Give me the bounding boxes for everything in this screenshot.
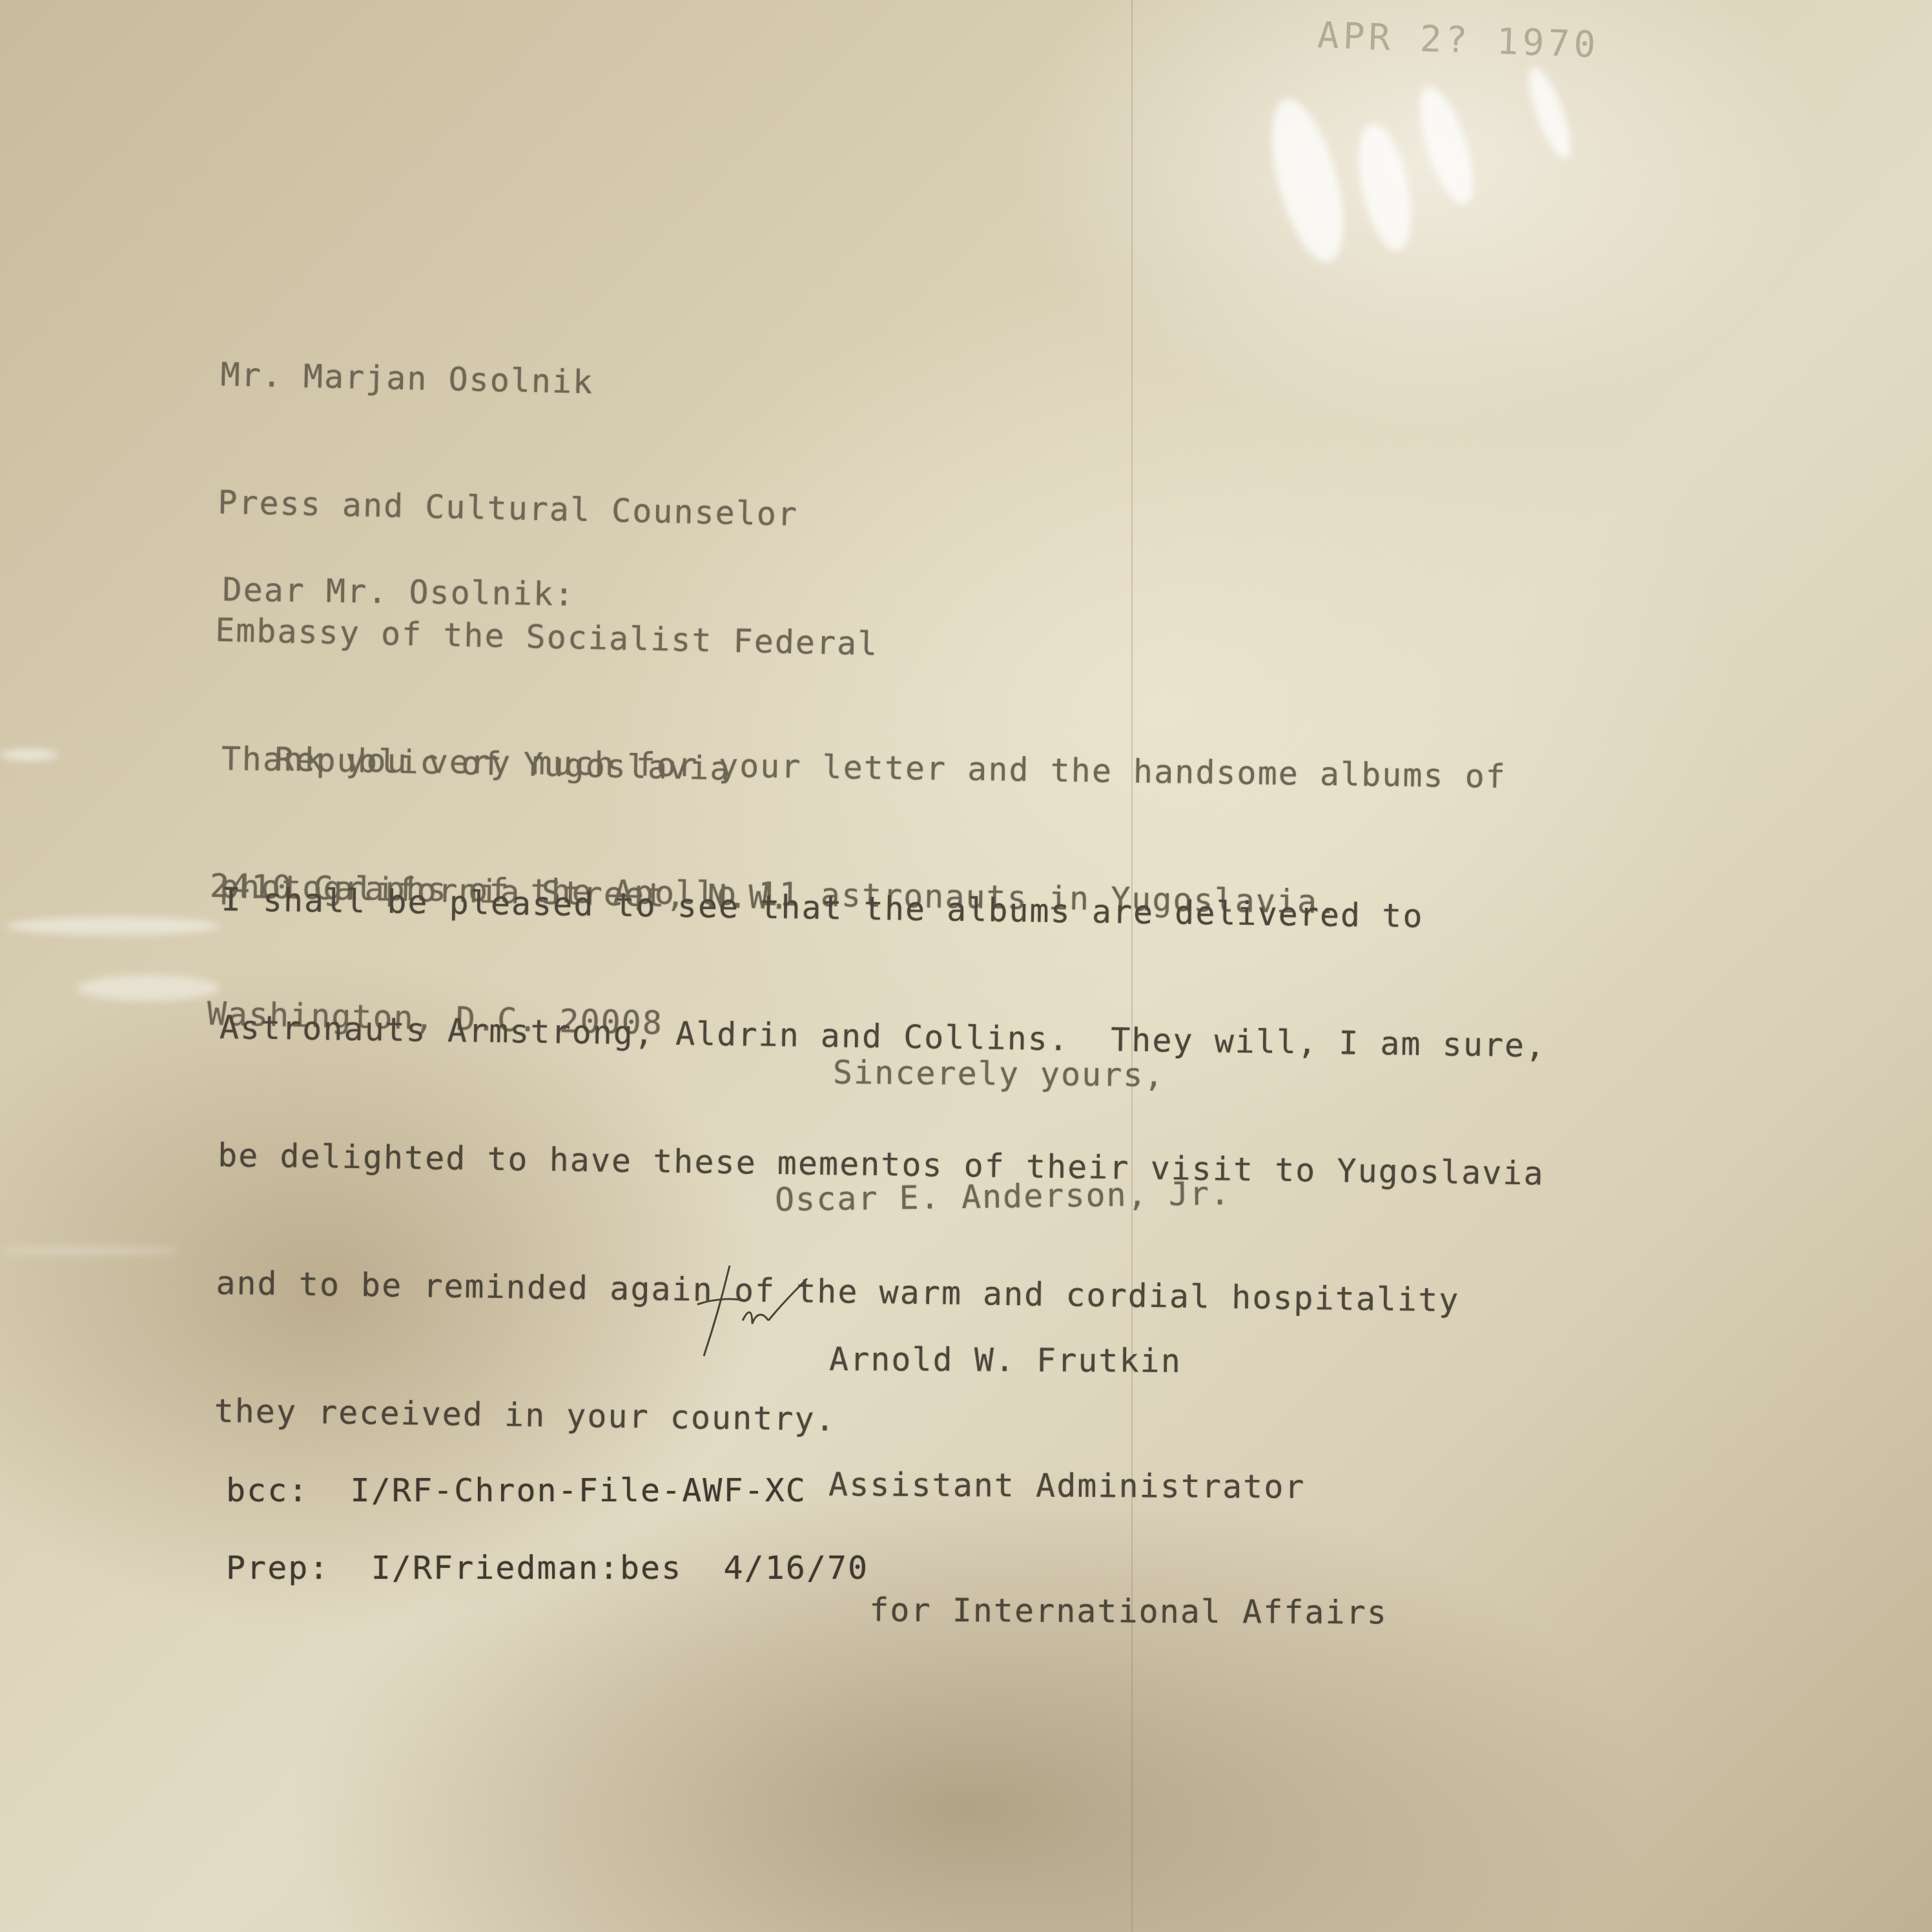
prep-label: Prep: I/RFriedman:bes bbox=[226, 1549, 682, 1587]
address-line: Press and Cultural Counselor bbox=[218, 481, 881, 537]
typed-signature: Oscar E. Anderson, Jr. bbox=[775, 1172, 1231, 1221]
signer-name: Arnold W. Frutkin bbox=[829, 1338, 1389, 1381]
glare-highlight bbox=[1350, 119, 1421, 255]
prep-line: Prep: I/RFriedman:bes 4/16/70 bbox=[226, 1547, 868, 1589]
address-line: Mr. Marjan Osolnik bbox=[220, 353, 884, 409]
signer-title: for International Affairs bbox=[828, 1588, 1388, 1632]
paragraph-line: I shall be pleased to see that the album… bbox=[221, 878, 1548, 940]
glare-highlight bbox=[1258, 92, 1357, 269]
signer-block: Arnold W. Frutkin Assistant Administrato… bbox=[827, 1253, 1390, 1717]
glare-highlight bbox=[1409, 81, 1484, 209]
received-date-stamp: APR 2? 1970 bbox=[1317, 14, 1600, 66]
salutation: Dear Mr. Osolnik: bbox=[222, 568, 575, 616]
handwritten-signature-icon bbox=[684, 1259, 814, 1362]
glare-highlight bbox=[0, 1246, 181, 1255]
glare-highlight bbox=[1521, 63, 1579, 163]
closing: Sincerely yours, bbox=[833, 1051, 1165, 1096]
bcc-line: bcc: I/RF-Chron-File-AWF-XC bbox=[226, 1469, 807, 1512]
prep-date: 4/16/70 bbox=[723, 1549, 868, 1587]
letter-page: APR 2? 1970 Mr. Marjan Osolnik Press and… bbox=[0, 0, 1932, 1932]
glare-highlight bbox=[0, 749, 58, 761]
glare-highlight bbox=[6, 917, 220, 935]
paragraph-line: Thank you very much for your letter and … bbox=[221, 737, 1506, 798]
signer-title: Assistant Administrator bbox=[828, 1463, 1388, 1506]
glare-highlight bbox=[77, 975, 220, 1001]
